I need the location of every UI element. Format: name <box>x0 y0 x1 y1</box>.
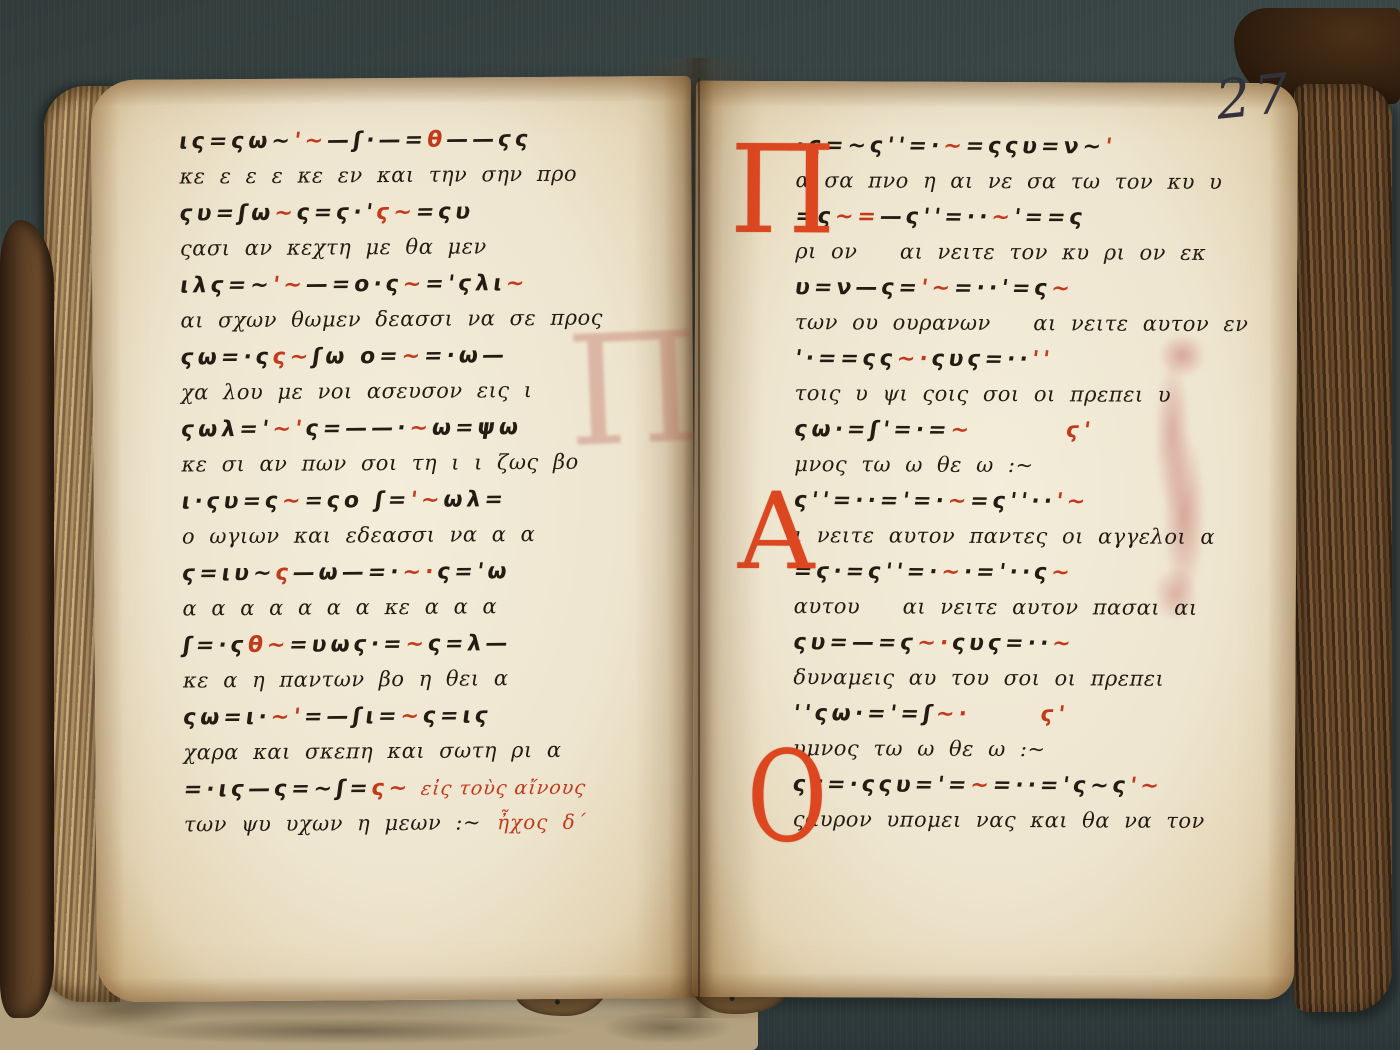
red-neume-marks: ~· <box>401 560 439 585</box>
black-neume-marks: =··'=ς <box>952 276 1053 301</box>
lyric-text: τοις υ ψι ςοις σοι οι πρεπει υ <box>795 381 1172 407</box>
black-neume-marks <box>971 418 1068 443</box>
red-neume-marks: θ~ <box>246 633 291 658</box>
red-neume-marks: '~ <box>409 488 446 513</box>
red-neume-marks: ϛ' <box>1039 702 1070 727</box>
neume-line: ι·ϛυ=ς~=ςο ʃ='~ωλ= <box>179 480 662 520</box>
chant-line: ϛυ=ʃω~ς=ϛ·'ϛ~=ςυςασι αν κεχτη με θα μεν <box>180 192 658 267</box>
black-neume-marks <box>969 702 1043 727</box>
red-neume-marks: '~ <box>1128 774 1165 799</box>
black-neume-marks: =·ω— <box>422 343 509 369</box>
chant-line: ιλϛ=~'~—=ο·ς~='ϛλι~αι σχων θωμεν δεασσι … <box>180 264 658 339</box>
neume-line: ''ςω·='=ʃ~· ϛ' <box>791 695 1266 734</box>
chant-line: ϛ=ιυ~ς—ω—=·~·ς='ωα α α α α α α κε α α α <box>182 552 660 627</box>
red-neume-marks: ~' <box>269 705 306 730</box>
red-neume-marks: ~· <box>916 631 954 656</box>
red-neume-marks: ς~ <box>370 776 413 801</box>
lyric-line: α σα πνο η αι νε σα τω τον κυ υ <box>795 164 1265 199</box>
black-neume-marks: '==ς <box>1012 205 1088 230</box>
lyric-text: α α α α α α α κε α α α <box>182 594 497 620</box>
leather-cover-left <box>0 220 54 1018</box>
manuscript-photo: Π ις=ςω~'~—ʃ·—=θ——ϛςκε ε ε ε κε εν και τ… <box>0 0 1400 1050</box>
neume-line: ις=ςω~'~—ʃ·—=θ——ϛς <box>177 120 660 160</box>
neume-line: ς''=··='=·~=ς''··'~ <box>791 482 1266 521</box>
red-neume-marks: ' <box>1103 134 1117 159</box>
neume-line: ʃ=·ϛθ~=υωϛ·=~ς=λ— <box>180 624 663 664</box>
chant-line: '·==ςς~·ςυϛ=··''τοις υ ψι ςοις σοι οι πρ… <box>795 340 1265 413</box>
lyric-line: ςασι αν κεχτη με θα μεν <box>180 229 658 265</box>
neume-line: =·ιϛ—ς=~ʃ=ς~εἰς τοὺς αἴνους <box>181 768 664 808</box>
neume-line: ϛω=·ςς~ʃω ο=~=·ω— <box>178 336 661 376</box>
lyric-text: δυναμεις αυ του σοι οι πρεπει <box>793 665 1164 691</box>
black-neume-marks: ϛω=·ς <box>179 345 274 371</box>
black-neume-marks: =ς''·· <box>968 489 1057 514</box>
black-neume-marks: ''ςω·='=ʃ <box>791 701 937 727</box>
lyric-text: ςασι αν κεχτη με θα μεν <box>180 234 487 260</box>
chant-line: ςυ=—=ϛ~·ςυϛ=··~δυναμεις αυ του σοι οι πρ… <box>793 624 1263 697</box>
black-neume-marks: =ςςυ=ν~ <box>964 134 1107 160</box>
red-neume-marks: ϛ' <box>1064 418 1095 443</box>
black-neume-marks: ϛυ=ʃω <box>178 201 276 227</box>
lyric-text: χα λου με νοι ασευσον εις ι <box>181 378 533 404</box>
lyric-line: υμνος τω ω θε ω :~ <box>793 732 1263 767</box>
black-neume-marks: —ʃ·—= <box>325 128 428 154</box>
lyric-line: κε α η παντων βο η θει α <box>183 661 661 697</box>
lyric-line: ο ωγιων και εδεασσι να α α <box>182 517 660 553</box>
lyric-text: των ου ουρανων αι νειτε αυτον εν <box>795 310 1249 336</box>
black-neume-marks: ·='··ς <box>962 560 1053 585</box>
black-neume-marks: ='ϛλι <box>424 271 508 297</box>
lyric-line: ςαυρον υπομει νας και θα να τον <box>793 803 1263 838</box>
page-fore-edge-stack <box>1294 84 1392 1012</box>
black-neume-marks: ω=ψω <box>430 415 523 441</box>
black-neume-marks: —ω—=· <box>291 560 404 586</box>
lyric-text: υμνος τω ω θε ω :~ <box>793 736 1046 761</box>
black-neume-marks: ς=λ— <box>426 631 513 657</box>
black-neume-marks: ς='ω <box>436 559 513 585</box>
illuminated-initial: Ο <box>747 735 828 861</box>
black-neume-marks: =—ʃι= <box>302 704 402 730</box>
black-neume-marks: ς=ιϛ <box>421 703 493 729</box>
chant-line: =ϛ·=ς''=·~·='··ς~αυτου αι νειτε αυτον πα… <box>794 553 1264 626</box>
black-neume-marks: ιλϛ=~ <box>179 273 275 299</box>
black-neume-marks: ϛ=ιυ~ <box>181 561 278 587</box>
black-neume-marks: ——ϛς <box>444 127 533 153</box>
neume-line: =ϛ·=ς''=·~·='··ς~ <box>791 553 1266 592</box>
chant-line: υ=ν—ς='~=··'=ς~των ου ουρανων αι νειτε α… <box>795 269 1265 342</box>
chant-line: ''ςω·='=ʃ~· ϛ'υμνος τω ω θε ω :~ <box>793 695 1263 768</box>
neume-line: =ς~=—ς''=··~'==ς <box>793 198 1268 237</box>
black-neume-marks: ςυϛ=·· <box>930 347 1034 372</box>
illuminated-initials: ΠΑΟ <box>696 81 1298 84</box>
black-neume-marks: ις=ςω~ <box>178 129 296 155</box>
neume-line: ϛ=ιυ~ς—ω—=·~·ς='ω <box>180 552 663 592</box>
neume-line: ςυ=—=ϛ~·ςυϛ=··~ <box>791 624 1266 663</box>
red-neume-marks: ϛ~ <box>375 200 418 225</box>
black-neume-marks: =ςυ <box>414 199 476 224</box>
black-neume-marks: =··='ς~ς <box>991 773 1131 799</box>
chant-line: =ς~=—ς''=··~'==ςρι ον αι νειτε τον κυ ρι… <box>795 198 1265 271</box>
handwritten-page-number: 27 <box>1213 66 1295 128</box>
black-neume-marks: ςω·=ʃ'=·= <box>793 417 953 443</box>
chant-line: ςω=ι·~'=—ʃι=~ς=ιϛχαρα και σκεπη και σωτη… <box>183 696 661 771</box>
black-neume-marks: '·==ςς <box>793 346 899 371</box>
lyric-line: τοις υ ψι ςοις σοι οι πρεπει υ <box>795 377 1265 412</box>
chant-line: ϛω=·ςς~ʃω ο=~=·ω—χα λου με νοι ασευσον ε… <box>181 336 659 411</box>
red-neume-marks: ~ <box>504 271 530 296</box>
black-neume-marks: ʃ=·ϛ <box>181 633 249 658</box>
lyric-text: ο ωγιων και εδεασσι να α α <box>182 522 535 548</box>
red-neume-marks: '~ <box>292 128 329 153</box>
illuminated-initial: Π <box>729 129 836 251</box>
black-neume-marks: ςυϛ=·· <box>950 631 1054 656</box>
black-neume-marks: =υωϛ·= <box>288 632 408 658</box>
black-neume-marks: ι·ϛυ=ς <box>180 489 284 515</box>
neume-line: '·==ςς~·ςυϛ=··'' <box>792 340 1267 379</box>
neume-line: ·ς=~ς''=·~=ςςυ=ν~' <box>793 127 1268 166</box>
neume-line: ςω=ι·~'=—ʃι=~ς=ιϛ <box>181 696 664 736</box>
lyric-line: δυναμεις αυ του σοι οι πρεπει <box>793 661 1263 696</box>
lyric-line: αι σχων θωμεν δεασσι να σε προς <box>180 301 658 337</box>
black-neume-marks: =·ιϛ—ς=~ʃ= <box>182 776 373 802</box>
lyric-text: κε α η παντων βο η θει α <box>183 666 509 692</box>
lyric-line: ι νειτε αυτον παντες οι αγγελοι α <box>794 519 1264 554</box>
red-neume-marks: '' <box>1030 347 1055 372</box>
red-neume-marks: ~= <box>833 204 881 229</box>
black-neume-marks: —=ο·ς <box>304 272 404 298</box>
black-neume-marks: ϛωλ=' <box>180 417 275 443</box>
lyric-line: χα λου με νοι ασευσον εις ι <box>181 373 659 409</box>
lyric-text: α σα πνο η αι νε σα τω τον κυ υ <box>796 168 1223 194</box>
red-neume-marks: ~ <box>1050 631 1076 656</box>
red-neume-marks: ~· <box>934 702 972 727</box>
chant-line: ·ς=~ς''=·~=ςςυ=ν~'α σα πνο η αι νε σα τω… <box>795 127 1265 200</box>
red-neume-marks: '~ <box>271 273 308 298</box>
lyric-text: μνος τω ω θε ω :~ <box>794 452 1033 477</box>
chant-line: ι·ϛυ=ς~=ςο ʃ='~ωλ=ο ωγιων και εδεασσι να… <box>182 480 660 555</box>
chant-line: ς''=··='=·~=ς''··'~ι νειτε αυτον παντες … <box>794 482 1264 555</box>
red-neume-marks: ς~ <box>271 345 314 370</box>
right-page-text-block: ·ς=~ς''=·~=ςςυ=ν~'α σα πνο η αι νε σα τω… <box>793 127 1266 839</box>
lyric-line: αυτου αι νειτε αυτον πασαι αι <box>794 590 1264 625</box>
lyric-text: αυτου αι νειτε αυτον πασαι αι <box>794 594 1198 620</box>
lyric-line: μνος τω ω θε ω :~ <box>794 448 1264 483</box>
chant-line: =·ιϛ—ς=~ʃ=ς~εἰς τοὺς αἴνουςτων ψυ υχων η… <box>184 768 662 843</box>
neume-line: υ=ν—ς='~=··'=ς~ <box>792 269 1267 308</box>
neume-line: ςω·=ʃ'=·=~ ϛ' <box>792 411 1267 450</box>
red-neume-marks: '~ <box>919 276 956 301</box>
black-neume-marks: ʃω ο= <box>311 344 404 370</box>
lyric-text: χαρα και σκεπη και σωτη ρι α <box>183 738 561 765</box>
lyric-line: α α α α α α α κε α α α <box>182 589 660 625</box>
chant-line: ϛωλ='~'ς=——·~ω=ψωκε σι αν πων σοι τη ι ι… <box>181 408 659 483</box>
red-neume-marks: '~ <box>1054 489 1091 514</box>
black-neume-marks: ωλ= <box>442 487 509 512</box>
lyric-text: των ψυ υχων η μεων :~ <box>184 810 481 836</box>
manuscript-page-left: Π ις=ςω~'~—ʃ·—=θ——ϛςκε ε ε ε κε εν και τ… <box>91 76 697 1002</box>
black-neume-marks: ςω=ι· <box>182 705 273 731</box>
chant-line: ʃ=·ϛθ~=υωϛ·=~ς=λ—κε α η παντων βο η θει … <box>183 624 661 699</box>
chant-line: ςς=·ςςυ='=~=··='ς~ς'~ςαυρον υπομει νας κ… <box>793 766 1263 839</box>
lyric-text: κε σι αν πων σοι τη ι ι ζως βο <box>181 450 578 477</box>
red-neume-marks: ~ <box>1050 276 1076 301</box>
red-rubric: εἰς τοὺς αἴνους <box>420 777 588 800</box>
red-neume-marks: ~· <box>895 347 933 372</box>
neume-line: ϛωλ='~'ς=——·~ω=ψω <box>179 408 662 448</box>
lyric-text: ι νειτε αυτον παντες οι αγγελοι α <box>794 523 1215 549</box>
manuscript-page-right: ΠΑΟ ·ς=~ς''=·~=ςςυ=ν~'α σα πνο η αι νε σ… <box>692 81 1298 1000</box>
black-neume-marks: υ=ν—ς= <box>793 275 922 301</box>
illuminated-initial: Α <box>738 479 815 585</box>
lyric-text: ρι ον αι νειτε τον κυ ρι ον εκ <box>795 239 1206 265</box>
neume-line: ιλϛ=~'~—=ο·ς~='ϛλι~ <box>178 264 661 304</box>
red-neume-marks: ~ <box>1049 560 1075 585</box>
black-neume-marks: =ςο ʃ= <box>303 488 412 514</box>
left-page-text-block: ις=ςω~'~—ʃ·—=θ——ϛςκε ε ε ε κε εν και την… <box>179 120 662 843</box>
neume-line: ϛυ=ʃω~ς=ϛ·'ϛ~=ςυ <box>177 192 660 232</box>
black-neume-marks: ς=ϛ·' <box>295 200 378 226</box>
neume-line: ςς=·ςςυ='=~=··='ς~ς'~ <box>790 766 1265 805</box>
black-neume-marks: —ς''=·· <box>878 205 993 230</box>
lyric-line: κε σι αν πων σοι τη ι ι ζως βο <box>181 445 659 481</box>
black-neume-marks: ς''=··='=· <box>792 488 949 514</box>
lyric-line: χαρα και σκεπη και σωτη ρι α <box>183 733 661 769</box>
lyric-text: ςαυρον υπομει νας και θα να τον <box>793 807 1205 833</box>
mode-signature: ἦχος δ΄ <box>497 810 587 835</box>
red-neume-marks: ~' <box>271 417 308 442</box>
lyric-text: αι σχων θωμεν δεασσι να σε προς <box>180 306 603 333</box>
lyric-line: των ου ουρανων αι νειτε αυτον εν <box>795 306 1265 341</box>
chant-line: ςω·=ʃ'=·=~ ϛ'μνος τω ω θε ω :~ <box>794 411 1264 484</box>
lyric-line: ρι ον αι νειτε τον κυ ρι ον εκ <box>795 235 1265 270</box>
black-neume-marks: ςυ=—=ϛ <box>792 630 919 656</box>
lyric-line: των ψυ υχων η μεων :~ἦχος δ΄ <box>184 805 662 841</box>
chant-line: ις=ςω~'~—ʃ·—=θ——ϛςκε ε ε ε κε εν και την… <box>179 120 657 195</box>
lyric-line: κε ε ε ε κε εν και την σην προ <box>179 157 657 193</box>
black-neume-marks: ς=——· <box>304 416 411 442</box>
lyric-text: κε ε ε ε κε εν και την σην προ <box>179 162 577 189</box>
